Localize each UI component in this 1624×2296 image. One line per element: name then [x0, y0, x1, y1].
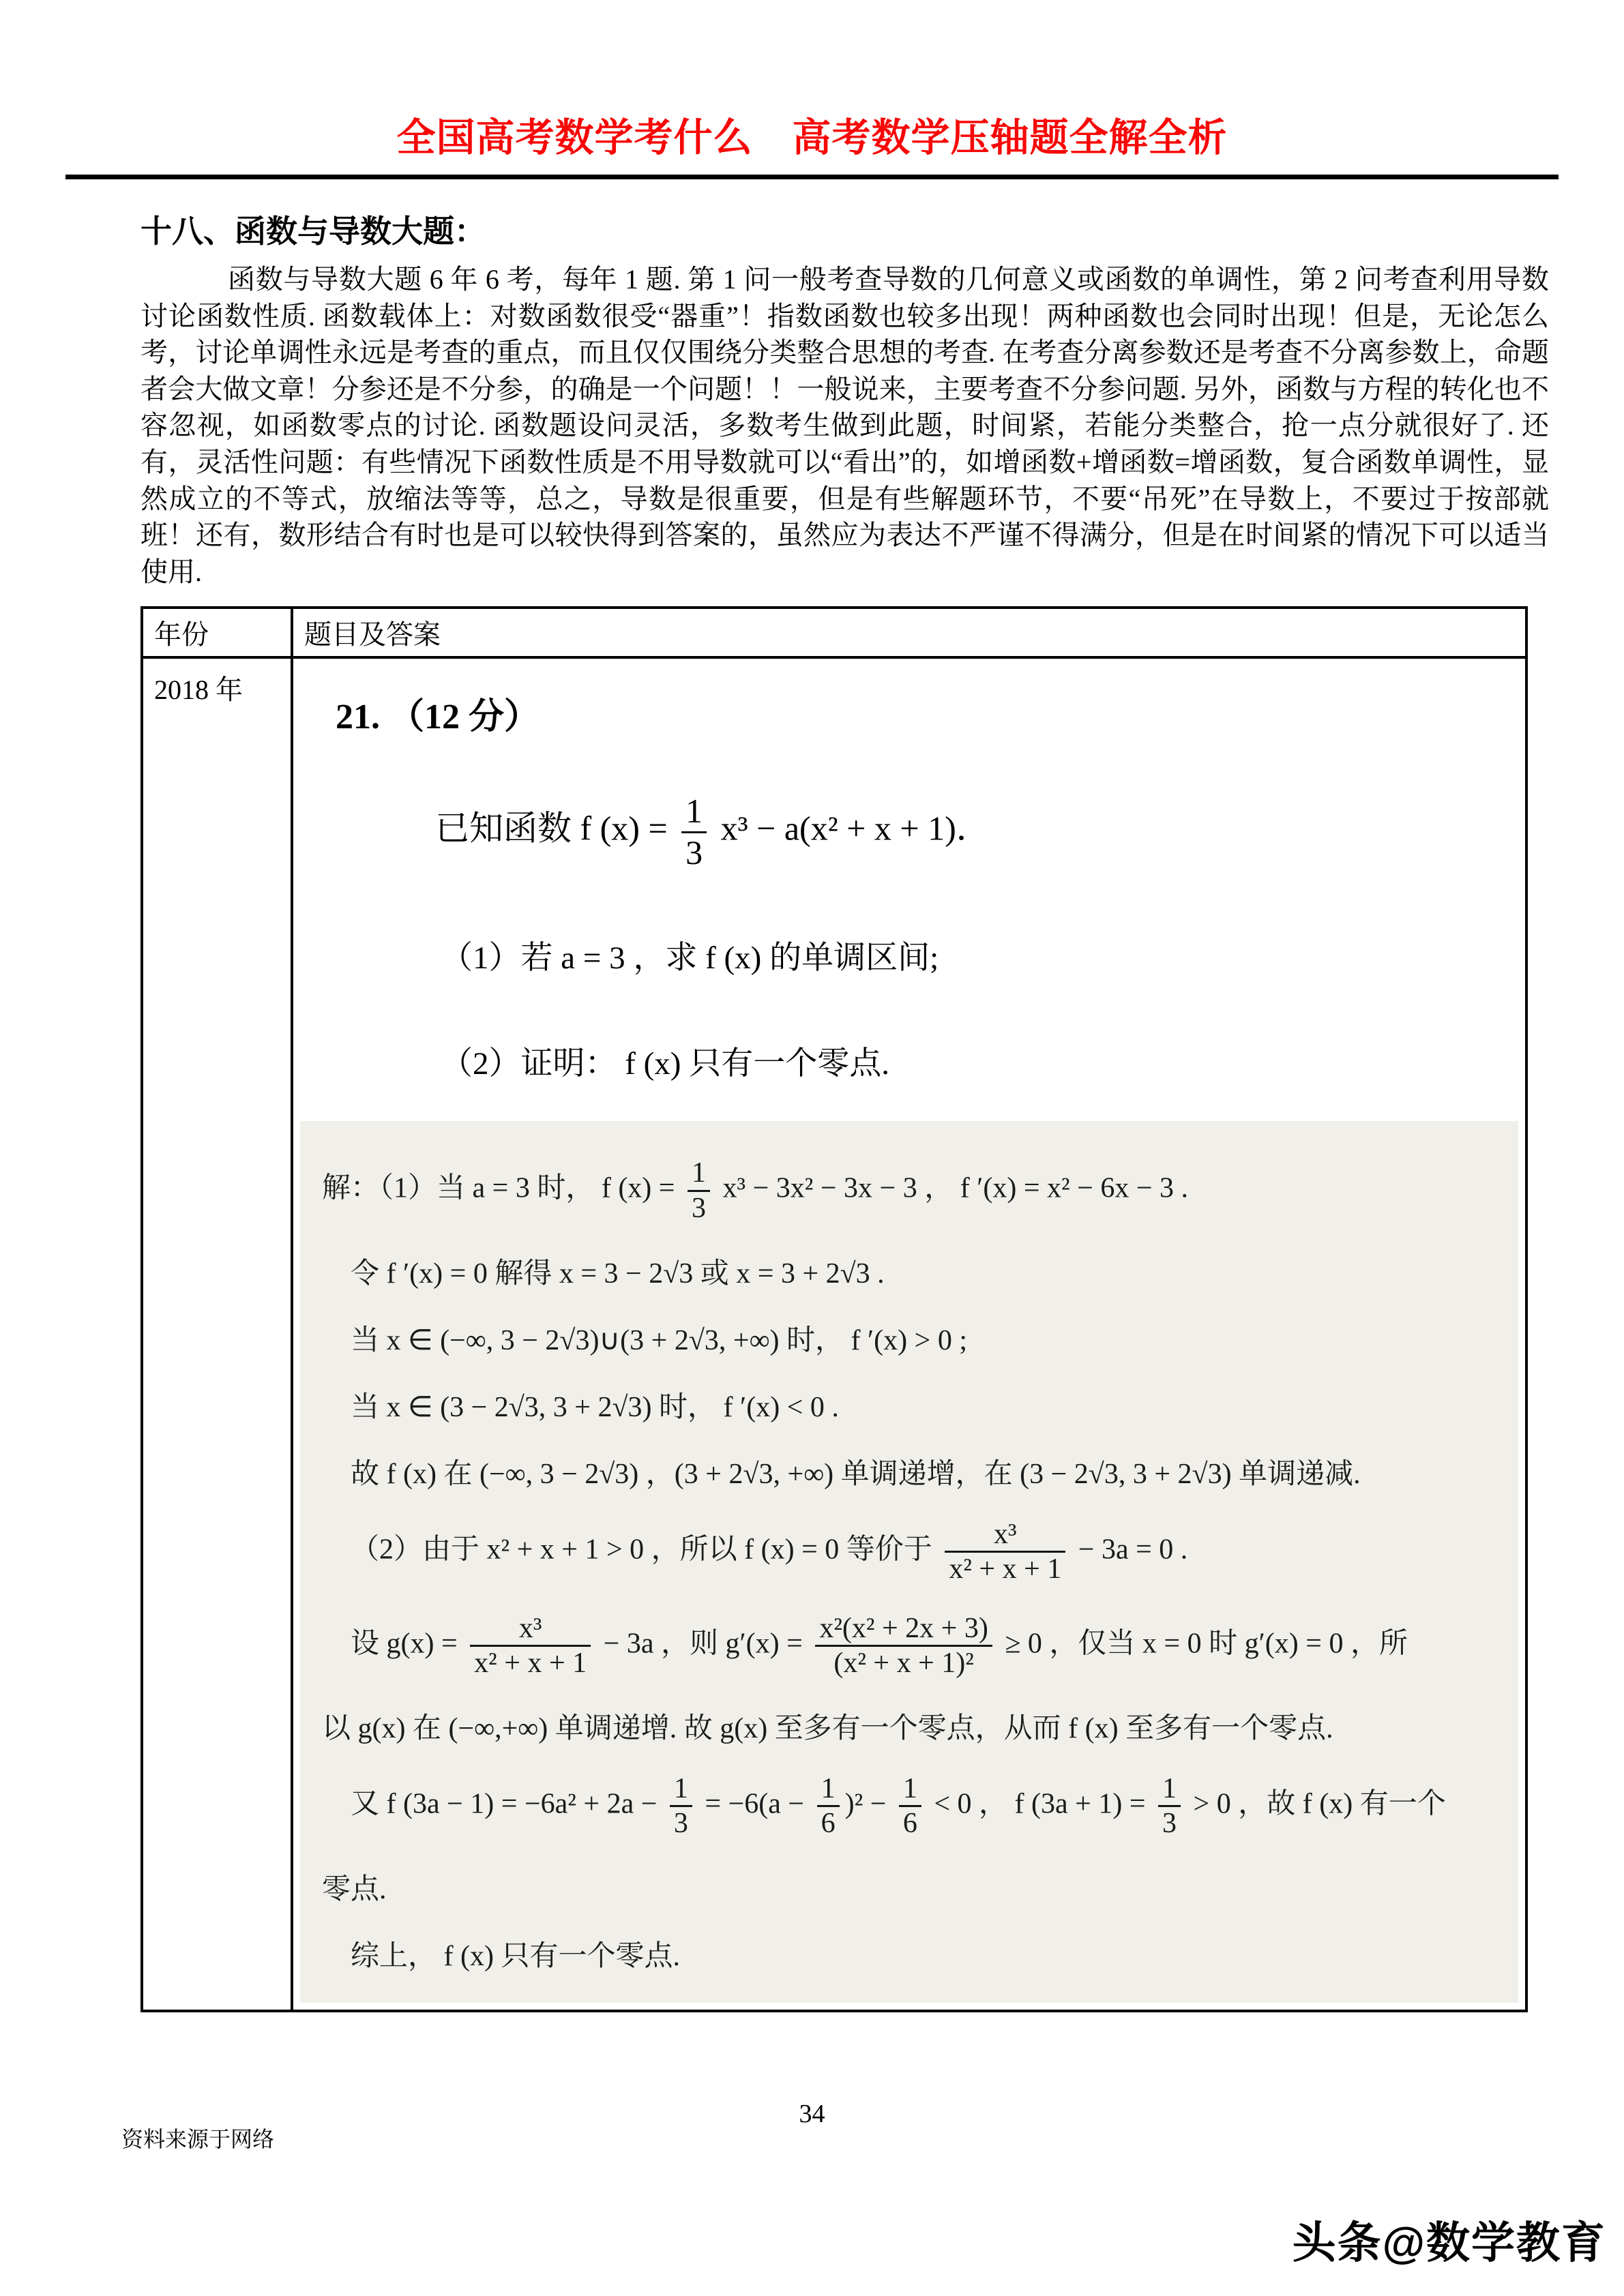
fraction: x³x² + x + 1	[945, 1518, 1065, 1586]
solution-line: （2）由于 x² + x + 1 > 0 ，所以 f (x) = 0 等价于 x…	[351, 1518, 1488, 1586]
exam-table: 年份 题目及答案 2018 年 21. （12 分） 已知函数 f (x) = …	[141, 606, 1528, 2012]
fraction: 16	[899, 1772, 921, 1840]
solution-line: 故 f (x) 在 (−∞, 3 − 2√3) ，(3 + 2√3, +∞) 单…	[351, 1451, 1488, 1492]
table-row: 2018 年 21. （12 分） 已知函数 f (x) = 13 x³ − a…	[142, 657, 1526, 2010]
solution-line: 解：（1）当 a = 3 时， f (x) = 13 x³ − 3x² − 3x…	[322, 1157, 1488, 1225]
page-title: 全国高考数学考什么 高考数学压轴题全解全析	[0, 0, 1624, 162]
solution-line: 设 g(x) = x³x² + x + 1 − 3a ，则 g′(x) = x²…	[351, 1612, 1488, 1680]
solution-line: 零点.	[322, 1866, 1488, 1907]
watermark: 头条@数学教育	[1293, 2208, 1606, 2271]
problem-statement: 已知函数 f (x) = 13 x³ − a(x² + x + 1)．	[435, 792, 1525, 872]
header-divider	[65, 175, 1559, 179]
solution-line: 当 x ∈ (3 − 2√3, 3 + 2√3) 时， f ′(x) < 0 .	[351, 1384, 1488, 1425]
fraction: x²(x² + 2x + 3)(x² + x + 1)²	[815, 1612, 992, 1680]
problem-question-2: （2）证明： f (x) 只有一个零点.	[441, 1038, 1525, 1084]
content-area: 十八、函数与导数大题： 函数与导数大题 6 年 6 考，每年 1 题. 第 1 …	[141, 207, 1549, 2012]
solution-line: 当 x ∈ (−∞, 3 − 2√3)∪(3 + 2√3, +∞) 时， f ′…	[351, 1317, 1488, 1358]
fraction: x³x² + x + 1	[470, 1612, 591, 1680]
fraction: 13	[681, 792, 707, 872]
table-header-row: 年份 题目及答案	[142, 608, 1526, 657]
solution-line: 令 f ′(x) = 0 解得 x = 3 − 2√3 或 x = 3 + 2√…	[351, 1251, 1488, 1292]
table-header-content: 题目及答案	[292, 608, 1526, 657]
solution-line: 以 g(x) 在 (−∞,+∞) 单调递增. 故 g(x) 至多有一个零点，从而…	[322, 1705, 1488, 1746]
table-header-year: 年份	[142, 608, 292, 657]
year-cell: 2018 年	[142, 657, 292, 2010]
section-paragraph: 函数与导数大题 6 年 6 考，每年 1 题. 第 1 问一般考查导数的几何意义…	[141, 261, 1549, 590]
document-page: 全国高考数学考什么 高考数学压轴题全解全析 十八、函数与导数大题： 函数与导数大…	[0, 0, 1624, 2296]
solution-scan: 解：（1）当 a = 3 时， f (x) = 13 x³ − 3x² − 3x…	[300, 1121, 1518, 2002]
fraction: 13	[688, 1157, 710, 1225]
answer-cell: 21. （12 分） 已知函数 f (x) = 13 x³ − a(x² + x…	[292, 657, 1526, 2010]
problem-heading: 21. （12 分）	[336, 687, 1525, 739]
solution-line: 综上， f (x) 只有一个零点.	[351, 1933, 1488, 1974]
problem-question-1: （1）若 a = 3 ，求 f (x) 的单调区间;	[441, 932, 1525, 978]
fraction: 13	[1158, 1772, 1181, 1840]
fraction: 13	[670, 1772, 692, 1840]
solution-line: 又 f (3a − 1) = −6a² + 2a − 13 = −6(a − 1…	[351, 1772, 1488, 1840]
section-heading: 十八、函数与导数大题：	[141, 207, 1549, 252]
source-note: 资料来源于网络	[121, 2122, 274, 2153]
fraction: 16	[817, 1772, 840, 1840]
